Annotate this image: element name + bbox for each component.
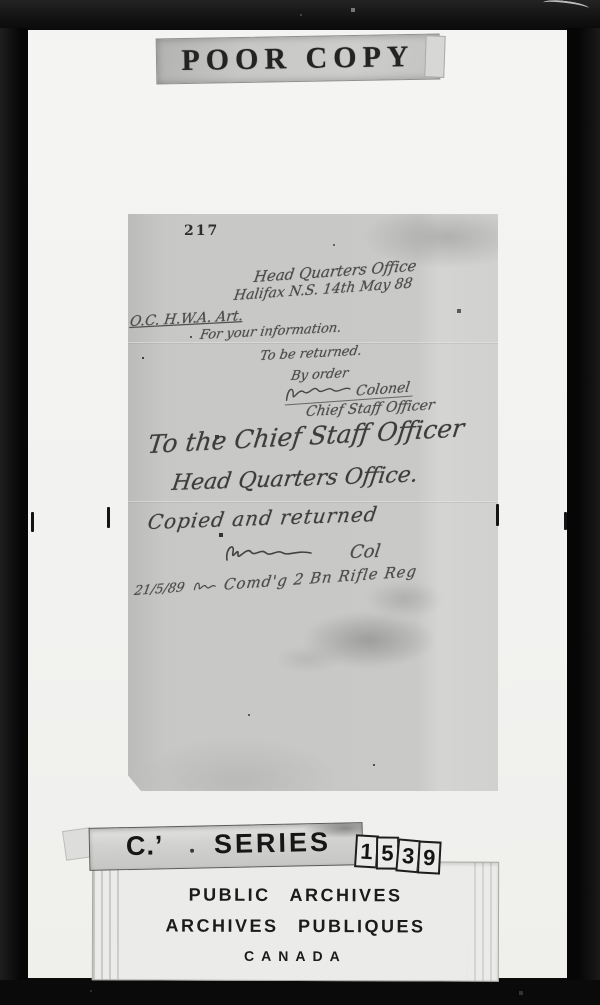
paper-crease — [128, 342, 498, 344]
registration-tick — [564, 512, 567, 530]
ink-stain — [366, 580, 442, 618]
film-edge-right — [567, 28, 600, 980]
hw-to-chief-staff-officer: To the Chief Staff Officer — [146, 413, 466, 459]
film-edge-left — [0, 28, 28, 980]
film-edge-top — [0, 0, 600, 30]
film-specks — [0, 0, 2, 2]
stray-mark — [190, 849, 194, 853]
hw-head-quarters-office: Head Quarters Office. — [170, 462, 419, 496]
hw-copied-and-returned: Copied and returned — [146, 502, 379, 534]
series-prefix: C.’ — [126, 830, 164, 862]
series-word: SERIES — [214, 827, 332, 860]
archives-line-country: CANADA — [93, 947, 498, 964]
paper-specks — [128, 214, 130, 216]
hw-to-be-returned: To be returned. — [259, 344, 363, 364]
reel-digit-tile: 9 — [417, 840, 442, 874]
page-number: 217 — [184, 223, 219, 239]
hw-docket-date: 21/5/89 — [133, 580, 186, 599]
public-archives-card: PUBLIC ARCHIVES ARCHIVES PUBLIQUES CANAD… — [92, 860, 499, 981]
document-page: 217 Head Quarters Office Halifax N.S. 14… — [128, 214, 498, 791]
signature-scribble-col — [223, 540, 315, 566]
ink-stain — [276, 646, 340, 672]
signature-scribble-colonel — [283, 380, 352, 405]
hw-colonel: Colonel — [355, 380, 411, 400]
film-edge-bottom — [0, 978, 600, 1005]
paper-crease — [128, 501, 498, 503]
reel-number-tiles: 1 5 3 9 — [356, 835, 441, 871]
registration-tick — [496, 504, 499, 526]
registration-tick — [107, 507, 110, 528]
hw-col: Col — [349, 541, 382, 563]
poor-copy-stamp: POOR COPY — [156, 34, 441, 85]
microfilm-frame: POOR COPY 217 Head Quarters Office Halif… — [0, 0, 600, 1005]
archives-line-fr: ARCHIVES PUBLIQUES — [93, 915, 498, 937]
archives-line-en: PUBLIC ARCHIVES — [93, 884, 498, 906]
poor-copy-label-tab — [424, 35, 445, 78]
docket-scribble — [192, 578, 217, 594]
poor-copy-text: POOR COPY — [181, 40, 415, 78]
series-strip: C.’ SERIES — [89, 822, 364, 871]
registration-tick — [31, 512, 34, 532]
